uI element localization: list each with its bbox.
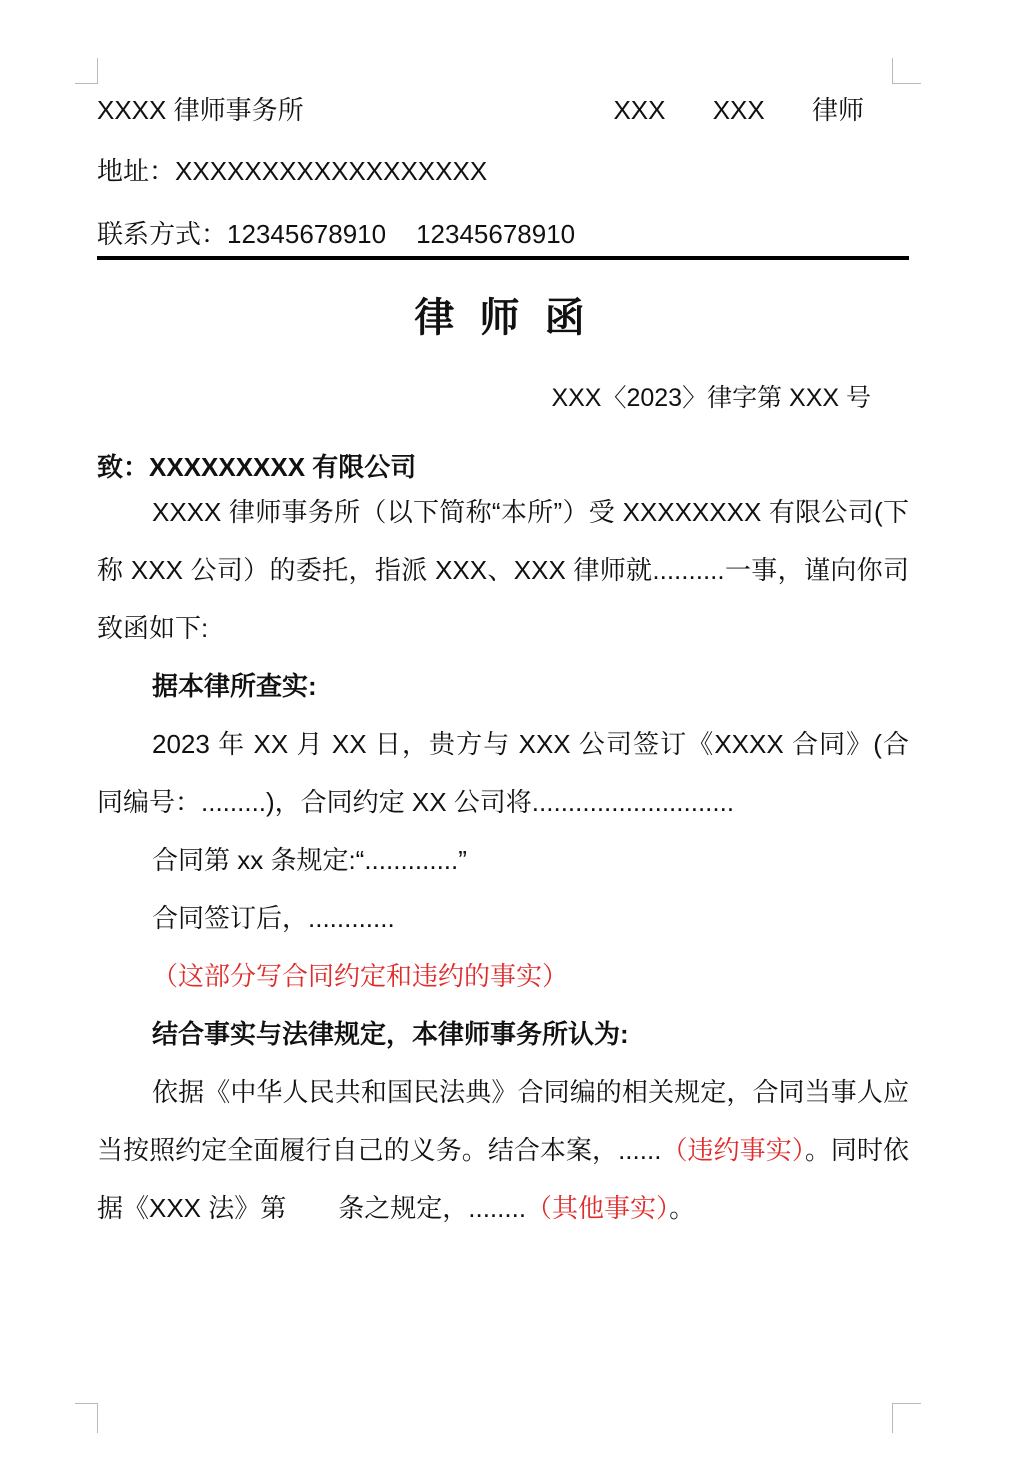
fact-clause-paragraph: 合同第 xx 条规定:“.............”	[97, 831, 909, 889]
lawyers-names: XXX XXX 律师	[613, 97, 864, 124]
lawyer-letter-document: XXXX 律师事务所 XXX XXX 律师 地址：XXXXXXXXXXXXXXX…	[0, 0, 1011, 1469]
recipient-line: 致：XXXXXXXXX 有限公司	[97, 451, 909, 483]
intro-paragraph: XXXX 律师事务所（以下简称“本所”）受 XXXXXXXX 有限公司(下称 X…	[97, 483, 909, 657]
contact-label: 联系方式：	[97, 219, 227, 249]
fact-after-signing-paragraph: 合同签订后，............	[97, 889, 909, 947]
opinion-part-3: 。	[669, 1193, 695, 1223]
letterhead-divider-rule	[97, 256, 909, 260]
red-other-fact-placeholder: （其他事实）	[526, 1193, 669, 1223]
letterhead-contact-line: 联系方式：1234567891012345678910	[97, 221, 909, 248]
fact-contract-paragraph: 2023 年 XX 月 XX 日，贵方与 XXX 公司签订《XXXX 合同》(合…	[97, 715, 909, 831]
red-annotation-note: （这部分写合同约定和违约的事实）	[97, 947, 909, 1005]
phone-number-1: 12345678910	[227, 219, 386, 249]
red-breach-fact-placeholder: （违约事实）	[661, 1135, 804, 1165]
lawyer-role-label: 律师	[812, 95, 864, 125]
letter-title: 律 师 函	[97, 292, 909, 344]
crop-mark-bottom-left	[75, 1403, 98, 1433]
address-label: 地址：	[97, 156, 175, 186]
opinion-paragraph: 依据《中华人民共和国民法典》合同编的相关规定，合同当事人应当按照约定全面履行自己…	[97, 1063, 909, 1237]
lawyer-name-2: XXX	[713, 95, 765, 125]
phone-number-2: 12345678910	[416, 219, 575, 249]
address-value: XXXXXXXXXXXXXXXXXX	[175, 156, 487, 186]
reference-number: XXX〈2023〉律字第 XXX 号	[97, 384, 909, 412]
firm-name: XXXX 律师事务所	[97, 97, 304, 124]
opinion-heading: 结合事实与法律规定，本律师事务所认为:	[97, 1005, 909, 1063]
letter-content: XXXX 律师事务所 XXX XXX 律师 地址：XXXXXXXXXXXXXXX…	[97, 0, 909, 1237]
facts-heading: 据本律所查实:	[97, 657, 909, 715]
crop-mark-bottom-right	[892, 1403, 921, 1433]
crop-mark-top-left	[75, 58, 98, 84]
lawyer-name-1: XXX	[613, 95, 665, 125]
letterhead-firm-line: XXXX 律师事务所 XXX XXX 律师	[97, 97, 909, 124]
letterhead-address-line: 地址：XXXXXXXXXXXXXXXXXX	[97, 158, 909, 185]
